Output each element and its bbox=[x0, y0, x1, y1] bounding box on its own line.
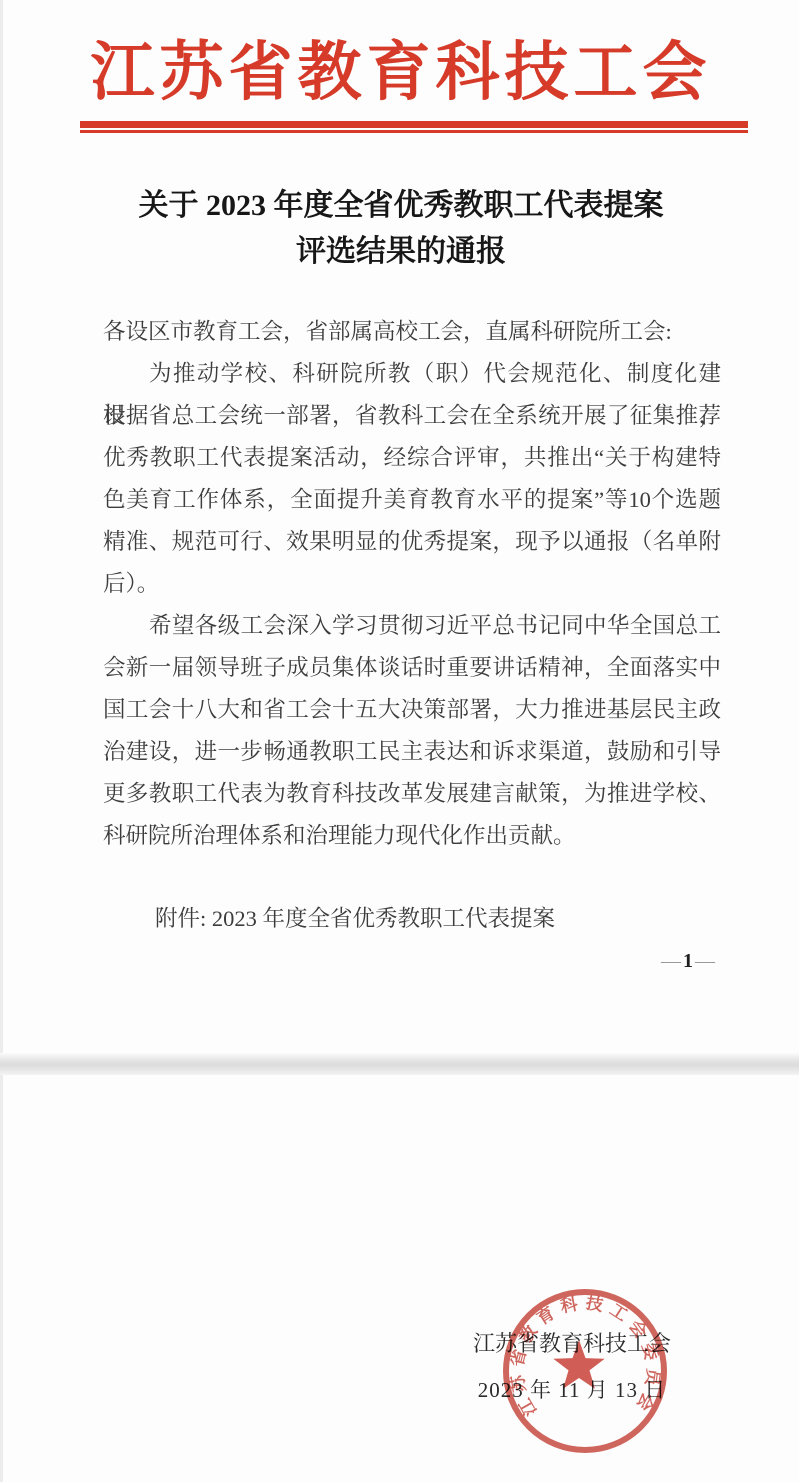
page-number-dash-left: — bbox=[661, 950, 681, 972]
page-break-divider bbox=[0, 1053, 799, 1075]
body-line: 会新一届领导班子成员集体谈话时重要讲话精神，全面落实中 bbox=[103, 647, 721, 689]
scanned-document-viewer: { "colors": { "letterhead_red": "#d63b2a… bbox=[0, 0, 799, 1482]
body-line: 精准、规范可行、效果明显的优秀提案，现予以通报（名单附 bbox=[103, 521, 721, 563]
body-line: 治建设，进一步畅通教职工民主表达和诉求渠道，鼓励和引导 bbox=[103, 731, 721, 773]
seal-star-icon bbox=[553, 1340, 604, 1389]
body-line: 为推动学校、科研院所教（职）代会规范化、制度化建设， bbox=[103, 353, 721, 395]
page-number-dash-right: — bbox=[695, 950, 715, 972]
body-line: 希望各级工会深入学习贯彻习近平总书记同中华全国总工 bbox=[103, 605, 721, 647]
page-1: 江苏省教育科技工会 关于 2023 年度全省优秀教职工代表提案 评选结果的通报 … bbox=[0, 0, 799, 1053]
body-line: 优秀教职工代表提案活动，经综合评审，共推出“关于构建特 bbox=[103, 437, 721, 479]
attachment-line: 附件: 2023 年度全省优秀教职工代表提案 bbox=[155, 898, 799, 940]
letterhead-title: 江苏省教育科技工会 bbox=[3, 0, 799, 110]
letterhead-divider bbox=[80, 121, 748, 133]
body-line: 根据省总工会统一部署，省教科工会在全系统开展了征集推荐 bbox=[103, 395, 721, 437]
page-number-value: 1 bbox=[681, 950, 695, 972]
page-2: 江苏省教育科技工会 2023 年 11 月 13 日 江苏省教育科技工会委员会 bbox=[0, 1075, 799, 1482]
document-title: 关于 2023 年度全省优秀教职工代表提案 评选结果的通报 bbox=[3, 183, 799, 275]
document-title-line2: 评选结果的通报 bbox=[3, 229, 799, 275]
page-number: —1— bbox=[3, 950, 799, 972]
body-line: 国工会十八大和省工会十五大决策部署，大力推进基层民主政 bbox=[103, 689, 721, 731]
body-line: 后）。 bbox=[103, 563, 721, 605]
salutation-line: 各设区市教育工会，省部属高校工会，直属科研院所工会: bbox=[103, 311, 721, 353]
document-body: 各设区市教育工会，省部属高校工会，直属科研院所工会: 为推动学校、科研院所教（职… bbox=[103, 311, 721, 857]
body-line: 科研院所治理体系和治理能力现代化作出贡献。 bbox=[103, 815, 721, 857]
document-title-line1: 关于 2023 年度全省优秀教职工代表提案 bbox=[3, 183, 799, 229]
body-line: 更多教职工代表为教育科技改革发展建言献策，为推进学校、 bbox=[103, 773, 721, 815]
body-line: 色美育工作体系，全面提升美育教育水平的提案”等10个选题 bbox=[103, 479, 721, 521]
official-seal: 江苏省教育科技工会委员会 bbox=[485, 1271, 685, 1471]
